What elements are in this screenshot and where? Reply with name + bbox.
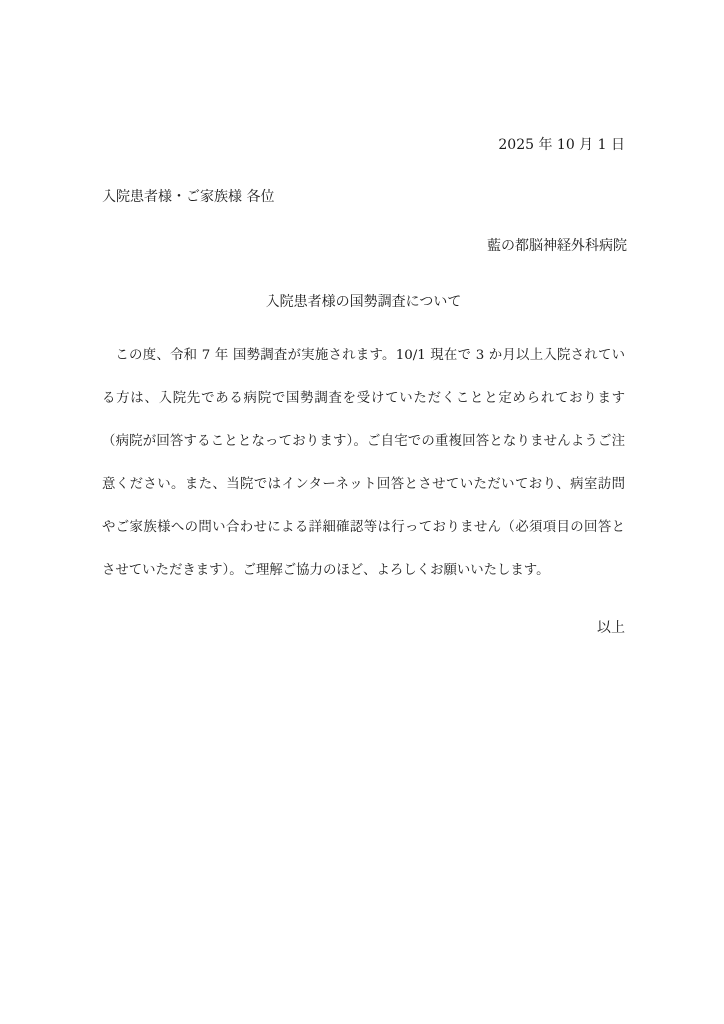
body-paragraph: この度、令和 7 年 国勢調査が実施されます。10/1 現在で 3 か月以上入院… (102, 334, 625, 592)
body-line-2: る方は、入院先である病院で国勢調査を受けていただくことと定められております (102, 377, 625, 420)
body-line-3: （病院が回答することとなっております）。ご自宅での重複回答となりませんようご注 (102, 420, 625, 463)
document-title: 入院患者様の国勢調査について (102, 291, 625, 311)
recipient-line: 入院患者様・ご家族様 各位 (102, 189, 274, 206)
body-line-6: させていただきます）。ご理解ご協力のほど、よろしくお願いいたします。 (102, 549, 625, 592)
date-line: 2025 年 10 月 1 日 (498, 137, 625, 154)
closing-line: 以上 (597, 620, 625, 637)
sender-hospital-name: 藍の都脳神経外科病院 (487, 238, 627, 255)
body-line-4: 意ください。また、当院ではインターネット回答とさせていただいており、病室訪問 (102, 463, 625, 506)
body-line-5: やご家族様への問い合わせによる詳細確認等は行っておりません（必須項目の回答と (102, 506, 625, 549)
letter-page: 2025 年 10 月 1 日 入院患者様・ご家族様 各位 藍の都脳神経外科病院… (0, 0, 724, 1024)
body-line-1: この度、令和 7 年 国勢調査が実施されます。10/1 現在で 3 か月以上入院… (102, 334, 625, 377)
